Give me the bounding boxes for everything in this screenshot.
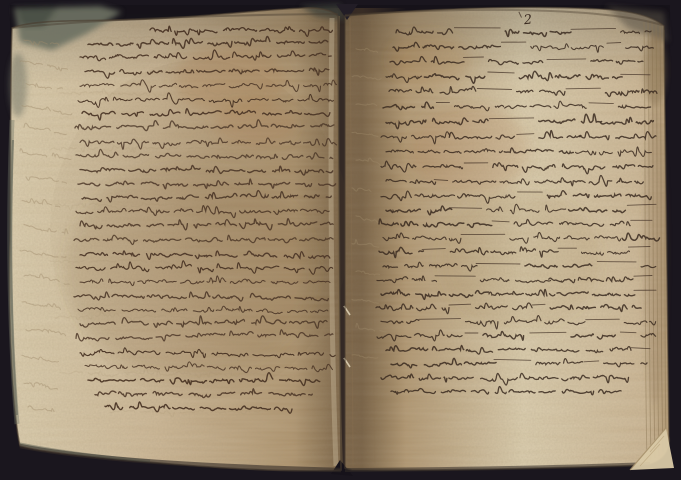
handwriting-stroke xyxy=(449,208,482,209)
handwriting-stroke xyxy=(476,264,520,265)
handwriting-stroke xyxy=(530,332,566,333)
manuscript-scan-background: 2 xyxy=(0,0,681,480)
fore-edge-tone xyxy=(643,105,667,405)
handwriting-stroke xyxy=(586,319,620,320)
handwriting-stroke xyxy=(620,332,636,333)
manuscript-book-spread: 2 xyxy=(0,0,681,480)
tide-stain-right-top xyxy=(390,34,470,86)
folio-number: 2 xyxy=(522,12,533,28)
handwriting-stroke xyxy=(566,88,600,89)
handwriting-stroke xyxy=(621,74,650,75)
handwriting-stroke xyxy=(628,247,650,248)
tide-stain-left-top2 xyxy=(215,103,295,147)
fore-edge-stain xyxy=(644,34,666,106)
